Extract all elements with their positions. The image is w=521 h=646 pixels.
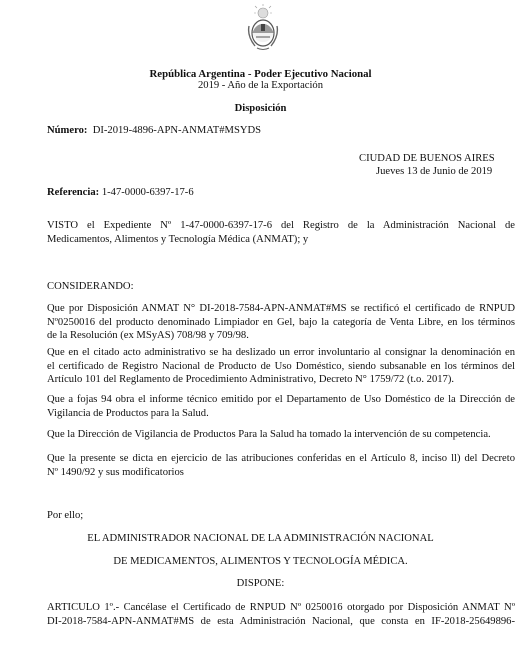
considerando-paragraph-5: Que la presente se dicta en ejercicio de… (47, 452, 515, 479)
considerando-paragraph-2: Que en el citado acto administrativo se … (47, 346, 515, 387)
considerando-paragraph-1: Que por Disposición ANMAT N° DI-2018-758… (47, 302, 515, 343)
year-motto: 2019 - Año de la Exportación (0, 80, 521, 91)
document-page: República Argentina - Poder Ejecutivo Na… (0, 0, 521, 646)
considerando-paragraph-4: Que la Dirección de Vigilancia de Produc… (47, 429, 491, 440)
document-type: Disposición (0, 103, 521, 114)
number-label: Número: (47, 125, 87, 136)
reference: Referencia: 1-47-0000-6397-17-6 (47, 187, 194, 198)
reference-value: 1-47-0000-6397-17-6 (102, 187, 194, 198)
por-ello: Por ello; (47, 510, 83, 521)
institution-heading: República Argentina - Poder Ejecutivo Na… (0, 68, 521, 80)
authority-line-1: EL ADMINISTRADOR NACIONAL DE LA ADMINIST… (0, 533, 521, 544)
coat-of-arms-icon (243, 4, 283, 54)
date: Jueves 13 de Junio de 2019 (376, 166, 492, 177)
authority-line-2: DE MEDICAMENTOS, ALIMENTOS Y TECNOLOGÍA … (0, 556, 521, 567)
document-number: Número: DI-2019-4896-APN-ANMAT#MSYDS (47, 125, 261, 136)
visto-paragraph: VISTO el Expediente Nº 1-47-0000-6397-17… (47, 219, 515, 246)
number-value: DI-2019-4896-APN-ANMAT#MSYDS (93, 125, 261, 136)
city: CIUDAD DE BUENOS AIRES (359, 153, 495, 164)
considerando-heading: CONSIDERANDO: (47, 281, 134, 292)
reference-label: Referencia: (47, 187, 99, 198)
dispone-heading: DISPONE: (0, 578, 521, 589)
considerando-paragraph-3: Que a fojas 94 obra el informe técnico e… (47, 393, 515, 420)
article-1: ARTICULO 1º.- Cancélase el Certificado d… (47, 601, 515, 628)
